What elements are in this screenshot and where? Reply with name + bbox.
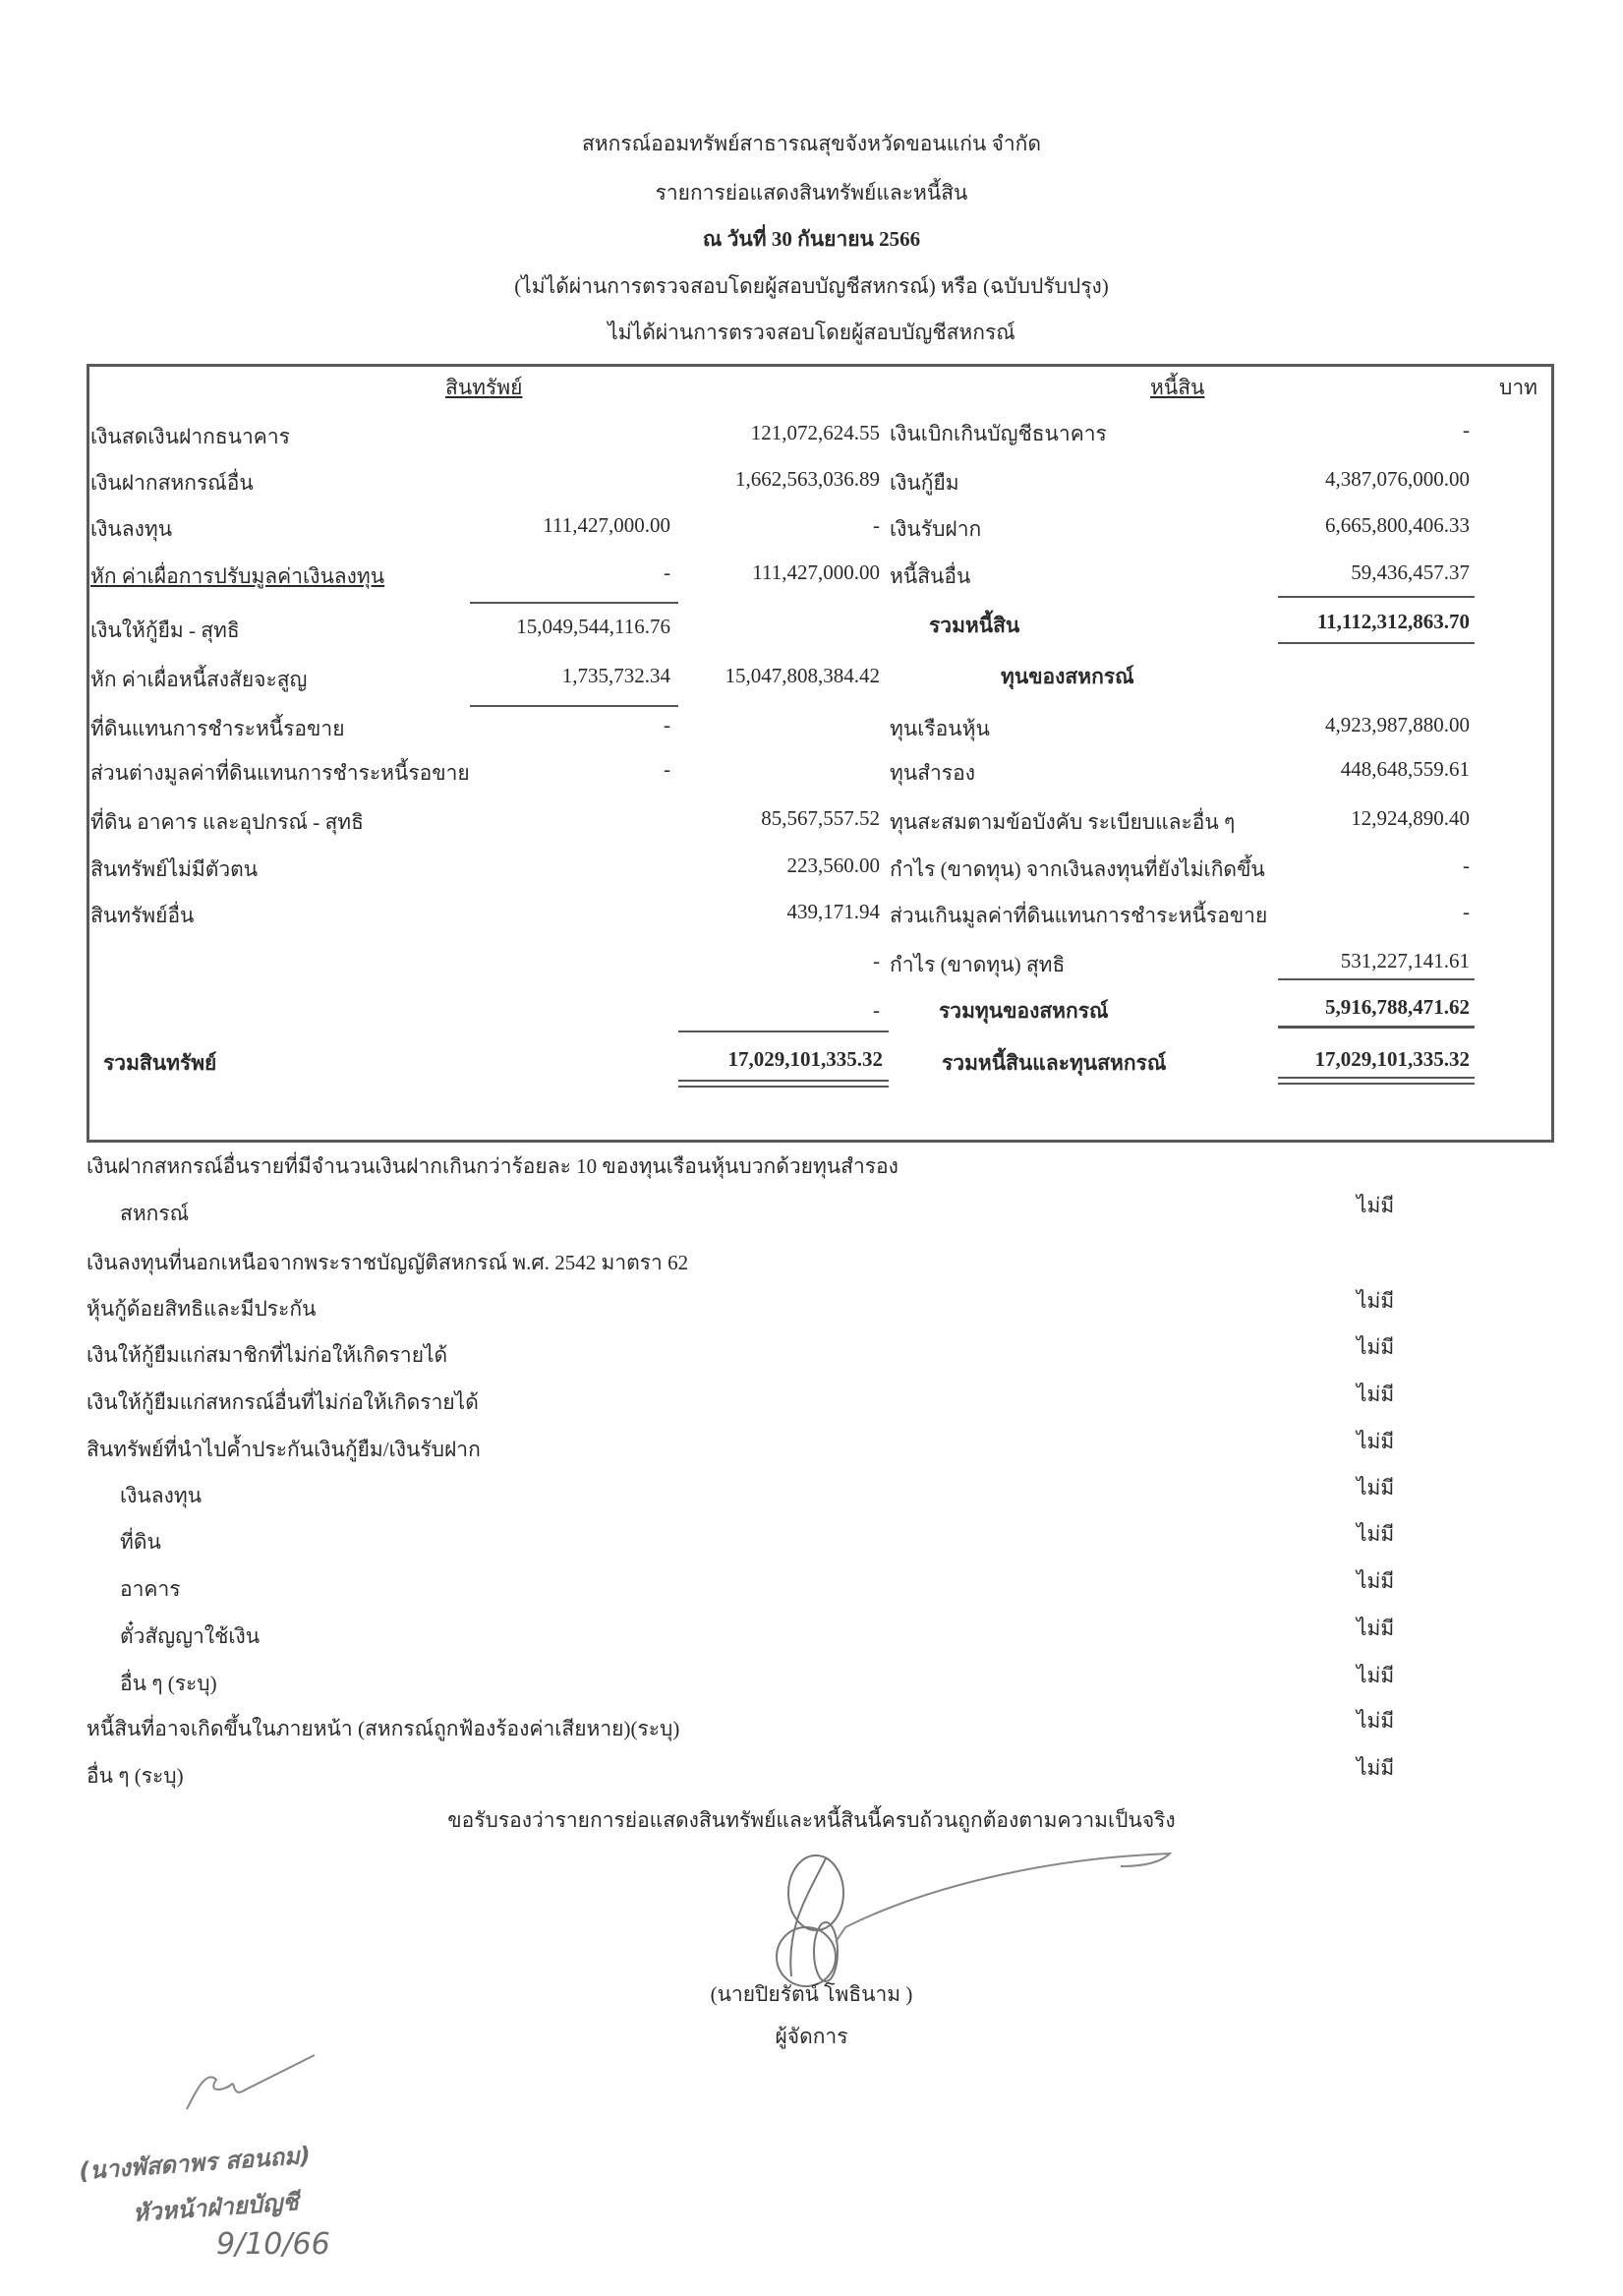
disclosure-label: อื่น ๆ (ระบุ) [87,1760,184,1793]
equity-heading: ทุนของสหกรณ์ [1001,661,1134,693]
asset-sub-amount: - [413,713,670,737]
total-liab-equity-label: รวมหนี้สินและทุนสหกรณ์ [942,1047,1166,1080]
disclosure-value: ไม่มี [1357,1379,1394,1411]
disclosure-value: ไม่มี [1357,1518,1394,1551]
liability-label: เงินกู้ยืม [890,467,959,500]
asset-amount: 85,567,557.52 [629,806,880,831]
disclosure-label: เงินให้กู้ยืมแก่สหกรณ์อื่นที่ไม่ก่อให้เก… [87,1386,479,1419]
equity-amount: 448,648,559.61 [1219,757,1470,782]
asset-label: เงินลงทุน [90,513,172,546]
disclosure-value: ไม่มี [1357,1752,1394,1785]
asset-amount: 111,427,000.00 [629,560,880,585]
equity-label: กำไร (ขาดทุน) จากเงินลงทุนที่ยังไม่เกิดข… [890,854,1265,886]
stamp-name: (นางพัสดาพร สอนถม) [78,2136,312,2190]
equity-label: ส่วนเกินมูลค่าที่ดินแทนการชำระหนี้รอขาย [890,900,1267,932]
currency-label: บาท [1499,372,1537,404]
signer-title: ผู้จัดการ [0,2021,1623,2053]
signer-name: (นายปิยรัตน์ โพธินาม ) [0,1978,1623,2011]
total-liab-equity-value: 17,029,101,335.32 [1219,1047,1470,1072]
asset-amount: 15,047,808,384.42 [629,664,880,688]
equity-label: ทุนสำรอง [890,757,975,790]
liability-amount: 59,436,457.37 [1219,560,1470,585]
equity-label: กำไร (ขาดทุน) สุทธิ [890,949,1065,981]
asset-amount: - [629,513,880,538]
equity-amount: - [1219,900,1470,924]
liability-amount: 4,387,076,000.00 [1219,467,1470,492]
disclosure-label: ที่ดิน [120,1526,161,1559]
certification-statement: ขอรับรองว่ารายการย่อแสดงสินทรัพย์และหนี้… [0,1804,1623,1837]
disclosure-value: ไม่มี [1357,1660,1394,1692]
asset-label: ที่ดิน อาคาร และอุปกรณ์ - สุทธิ [90,806,364,839]
asset-amount: 439,171.94 [629,900,880,924]
asset-label: หัก ค่าเผื่อการปรับมูลค่าเงินลงทุน [90,560,384,593]
rule-line [1278,642,1475,644]
liability-amount: 6,665,800,406.33 [1219,513,1470,538]
asset-amount: 1,662,563,036.89 [629,467,880,492]
disclosure-value: ไม่มี [1357,1190,1394,1222]
equity-amount: 12,924,890.40 [1219,806,1470,831]
total-assets-label: รวมสินทรัพย์ [103,1047,216,1080]
asset-label: เงินสดเงินฝากธนาคาร [90,421,290,453]
disclosure-label: ตั๋วสัญญาใช้เงิน [120,1620,260,1653]
asset-label: สินทรัพย์ไม่มีตัวตน [90,854,258,886]
asset-label: เงินให้กู้ยืม - สุทธิ [90,615,240,647]
liability-label: หนี้สินอื่น [890,560,970,593]
rule-line [678,1030,889,1032]
rule-line [470,602,678,604]
disclosure-label: เงินลงทุนที่นอกเหนือจากพระราชบัญญัติสหกร… [87,1247,688,1279]
asset-label: หัก ค่าเผื่อหนี้สงสัยจะสูญ [90,664,307,696]
rule-line [1278,1026,1475,1029]
disclosure-value: ไม่มี [1357,1613,1394,1645]
stamp-title: หัวหน้าฝ่ายบัญชี [132,2182,300,2232]
equity-label: ทุนเรือนหุ้น [890,713,990,745]
disclosure-label: สินทรัพย์ที่นำไปค้ำประกันเงินกู้ยืม/เงิน… [87,1434,481,1466]
audit-note-2: ไม่ได้ผ่านการตรวจสอบโดยผู้สอบบัญชีสหกรณ์ [0,317,1623,349]
asset-sub-amount: - [413,757,670,782]
manager-signature [747,1849,1180,1991]
asset-label: สินทรัพย์อื่น [90,900,194,932]
total-liabilities-value: 11,112,312,863.70 [1219,610,1470,634]
disclosure-label: สหกรณ์ [120,1198,189,1230]
rule-line [470,705,678,707]
disclosure-label: หนี้สินที่อาจเกิดขึ้นในภายหน้า (สหกรณ์ถู… [87,1713,679,1745]
audit-note-1: (ไม่ได้ผ่านการตรวจสอบโดยผู้สอบบัญชีสหกรณ… [0,270,1623,303]
liability-label: เงินรับฝาก [890,513,981,546]
equity-amount: - [1219,854,1470,878]
report-date: ณ วันที่ 30 กันยายน 2566 [0,223,1623,256]
disclosure-label: หุ้นกู้ด้อยสิทธิและมีประกัน [87,1293,316,1325]
org-name: สหกรณ์ออมทรัพย์สาธารณสุขจังหวัดขอนแก่น จ… [0,128,1623,160]
equity-amount: 531,227,141.61 [1219,949,1470,973]
disclosure-label: อาคาร [120,1573,181,1606]
double-rule [1278,1077,1475,1085]
disclosure-label: อื่น ๆ (ระบุ) [120,1668,217,1700]
disclosure-value: ไม่มี [1357,1472,1394,1504]
assets-heading: สินทรัพย์ [445,372,522,404]
total-equity-value: 5,916,788,471.62 [1219,995,1470,1020]
accountant-signature [147,2050,324,2124]
total-equity-label: รวมทุนของสหกรณ์ [939,995,1108,1028]
liability-amount: - [1219,418,1470,442]
liability-label: เงินเบิกเกินบัญชีธนาคาร [890,418,1107,450]
total-assets-value: 17,029,101,335.32 [629,1047,883,1072]
disclosure-value: ไม่มี [1357,1285,1394,1318]
equity-amount: 4,923,987,880.00 [1219,713,1470,737]
report-title: รายการย่อแสดงสินทรัพย์และหนี้สิน [0,177,1623,209]
liabilities-heading: หนี้สิน [1150,372,1204,404]
asset-label: ที่ดินแทนการชำระหนี้รอขาย [90,713,345,745]
stamp-date: 9/10/66 [216,2227,330,2262]
equity-label: ทุนสะสมตามข้อบังคับ ระเบียบและอื่น ๆ [890,806,1235,839]
asset-amount: - [629,949,880,973]
asset-label: เงินฝากสหกรณ์อื่น [90,467,254,500]
disclosure-value: ไม่มี [1357,1331,1394,1364]
disclosure-label: เงินให้กู้ยืมแก่สมาชิกที่ไม่ก่อให้เกิดรา… [87,1339,447,1372]
rule-line [1278,978,1475,980]
disclosure-value: ไม่มี [1357,1426,1394,1458]
double-rule [678,1080,889,1088]
disclosure-label: เงินลงทุน [120,1480,202,1512]
asset-sub-amount: 15,049,544,116.76 [413,615,670,639]
asset-amount: 223,560.00 [629,854,880,878]
rule-line [1278,596,1475,598]
disclosure-label: เงินฝากสหกรณ์อื่นรายที่มีจำนวนเงินฝากเกิ… [87,1150,898,1183]
total-liabilities-label: รวมหนี้สิน [929,610,1019,642]
disclosure-value: ไม่มี [1357,1705,1394,1737]
asset-amount: 121,072,624.55 [629,421,880,445]
disclosure-value: ไม่มี [1357,1565,1394,1598]
asset-amount: - [629,998,880,1023]
